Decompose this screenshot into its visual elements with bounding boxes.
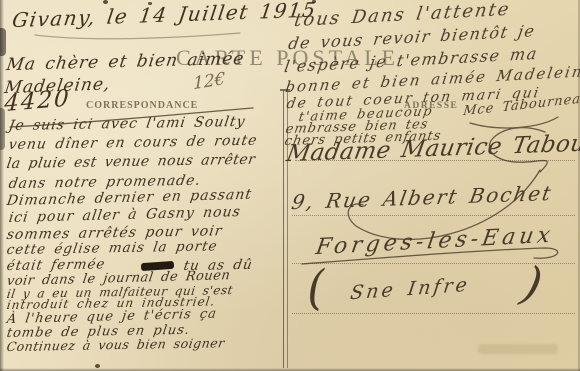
divider-line <box>283 90 284 368</box>
message-line: Continuez à vous bien soigner <box>6 335 226 354</box>
message-line: venu dîner en cours de route <box>7 133 258 153</box>
postcard-back: CARTE POSTALE CORRESPONDANCE ADRESSE Giv… <box>0 0 580 371</box>
address-dotted-line <box>292 215 575 216</box>
paper-speck <box>103 0 108 4</box>
message-line: Je suis ici avec l'ami Soulty <box>7 114 246 134</box>
paper-edge-shadow <box>0 108 5 150</box>
dateline: Givany, le 14 Juillet 1915 <box>11 0 319 32</box>
paper-speck <box>95 364 100 368</box>
paper-edge-shadow <box>0 28 6 56</box>
message-line: la pluie est venue nous arrêter <box>5 152 256 172</box>
address-dotted-line <box>292 313 575 314</box>
paper-speck <box>148 2 152 5</box>
paper-speck <box>312 0 316 3</box>
faint-smudge <box>478 344 558 354</box>
inventory-number: 4420 <box>4 85 72 117</box>
price-annotation: 12€ <box>193 69 225 94</box>
address-department-paren: ( <box>306 260 326 317</box>
address-city: Forges-les-Eaux <box>314 223 556 261</box>
correspondence-label: CORRESPONDANCE <box>86 100 198 111</box>
address-street: 9, Rue Albert Bochet <box>290 181 555 214</box>
address-department: Sne Infre <box>349 274 471 305</box>
message-line: cette église mais la porte <box>5 238 218 258</box>
address-department-paren: ) <box>517 256 548 311</box>
